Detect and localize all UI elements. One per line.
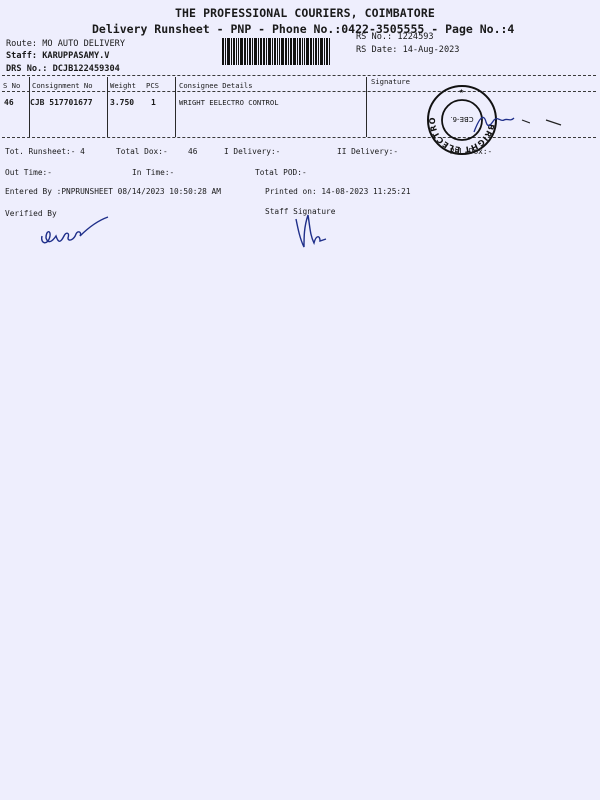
- in-time: In Time:-: [132, 168, 174, 177]
- column-divider: [107, 77, 108, 137]
- star-icon: ★: [459, 86, 464, 95]
- rul-dox: RUL Dox:-: [450, 147, 492, 156]
- verifier-signature: [38, 214, 113, 250]
- entered-by: Entered By :PNPRUNSHEET 08/14/2023 10:50…: [5, 187, 221, 196]
- cell-sno: 46: [4, 98, 14, 107]
- header-consignee-details: Consignee Details: [179, 81, 253, 90]
- cell-pcs: 1: [151, 98, 156, 107]
- table-header-rule: [2, 91, 596, 92]
- total-dox-label: Total Dox:-: [116, 147, 168, 156]
- column-divider: [29, 77, 30, 137]
- table-top-rule: [2, 75, 596, 76]
- rs-date: RS Date: 14-Aug-2023: [356, 45, 459, 55]
- runsheet-subtitle: Delivery Runsheet - PNP - Phone No.:0422…: [92, 22, 514, 36]
- staff-label: Staff: KARUPPASAMY.V: [6, 51, 109, 61]
- header-weight: Weight: [110, 81, 136, 90]
- total-pod: Total POD:-: [255, 168, 307, 177]
- total-dox-value: 46: [188, 147, 197, 156]
- printed-on: Printed on: 14-08-2023 11:25:21: [265, 187, 411, 196]
- header-consignment-no: Consignment No: [32, 81, 93, 90]
- header-pcs: PCS: [146, 81, 159, 90]
- i-delivery: I Delivery:-: [224, 147, 280, 156]
- tot-runsheet: Tot. Runsheet:- 4: [5, 147, 85, 156]
- barcode: [222, 38, 346, 65]
- cell-weight: 3.750: [110, 98, 134, 107]
- dash-mark: [545, 118, 565, 128]
- column-divider: [175, 77, 176, 137]
- ii-delivery: II Delivery:-: [337, 147, 398, 156]
- rs-number: RS No.: 1224593: [356, 32, 434, 42]
- consignee-signature: [470, 108, 530, 138]
- out-time: Out Time:-: [5, 168, 52, 177]
- column-divider: [366, 77, 367, 137]
- cell-consignee: WRIGHT EELECTRO CONTROL: [179, 98, 279, 107]
- route-label: Route: MO AUTO DELIVERY: [6, 39, 125, 49]
- header-sno: S No: [3, 81, 20, 90]
- cell-consignment-no: CJB 517701677: [30, 98, 93, 107]
- drs-number: DRS No.: DCJB122459304: [6, 64, 120, 74]
- staff-signature: [290, 213, 330, 253]
- company-title: THE PROFESSIONAL COURIERS, COIMBATORE: [175, 6, 435, 20]
- header-signature: Signature: [371, 77, 410, 86]
